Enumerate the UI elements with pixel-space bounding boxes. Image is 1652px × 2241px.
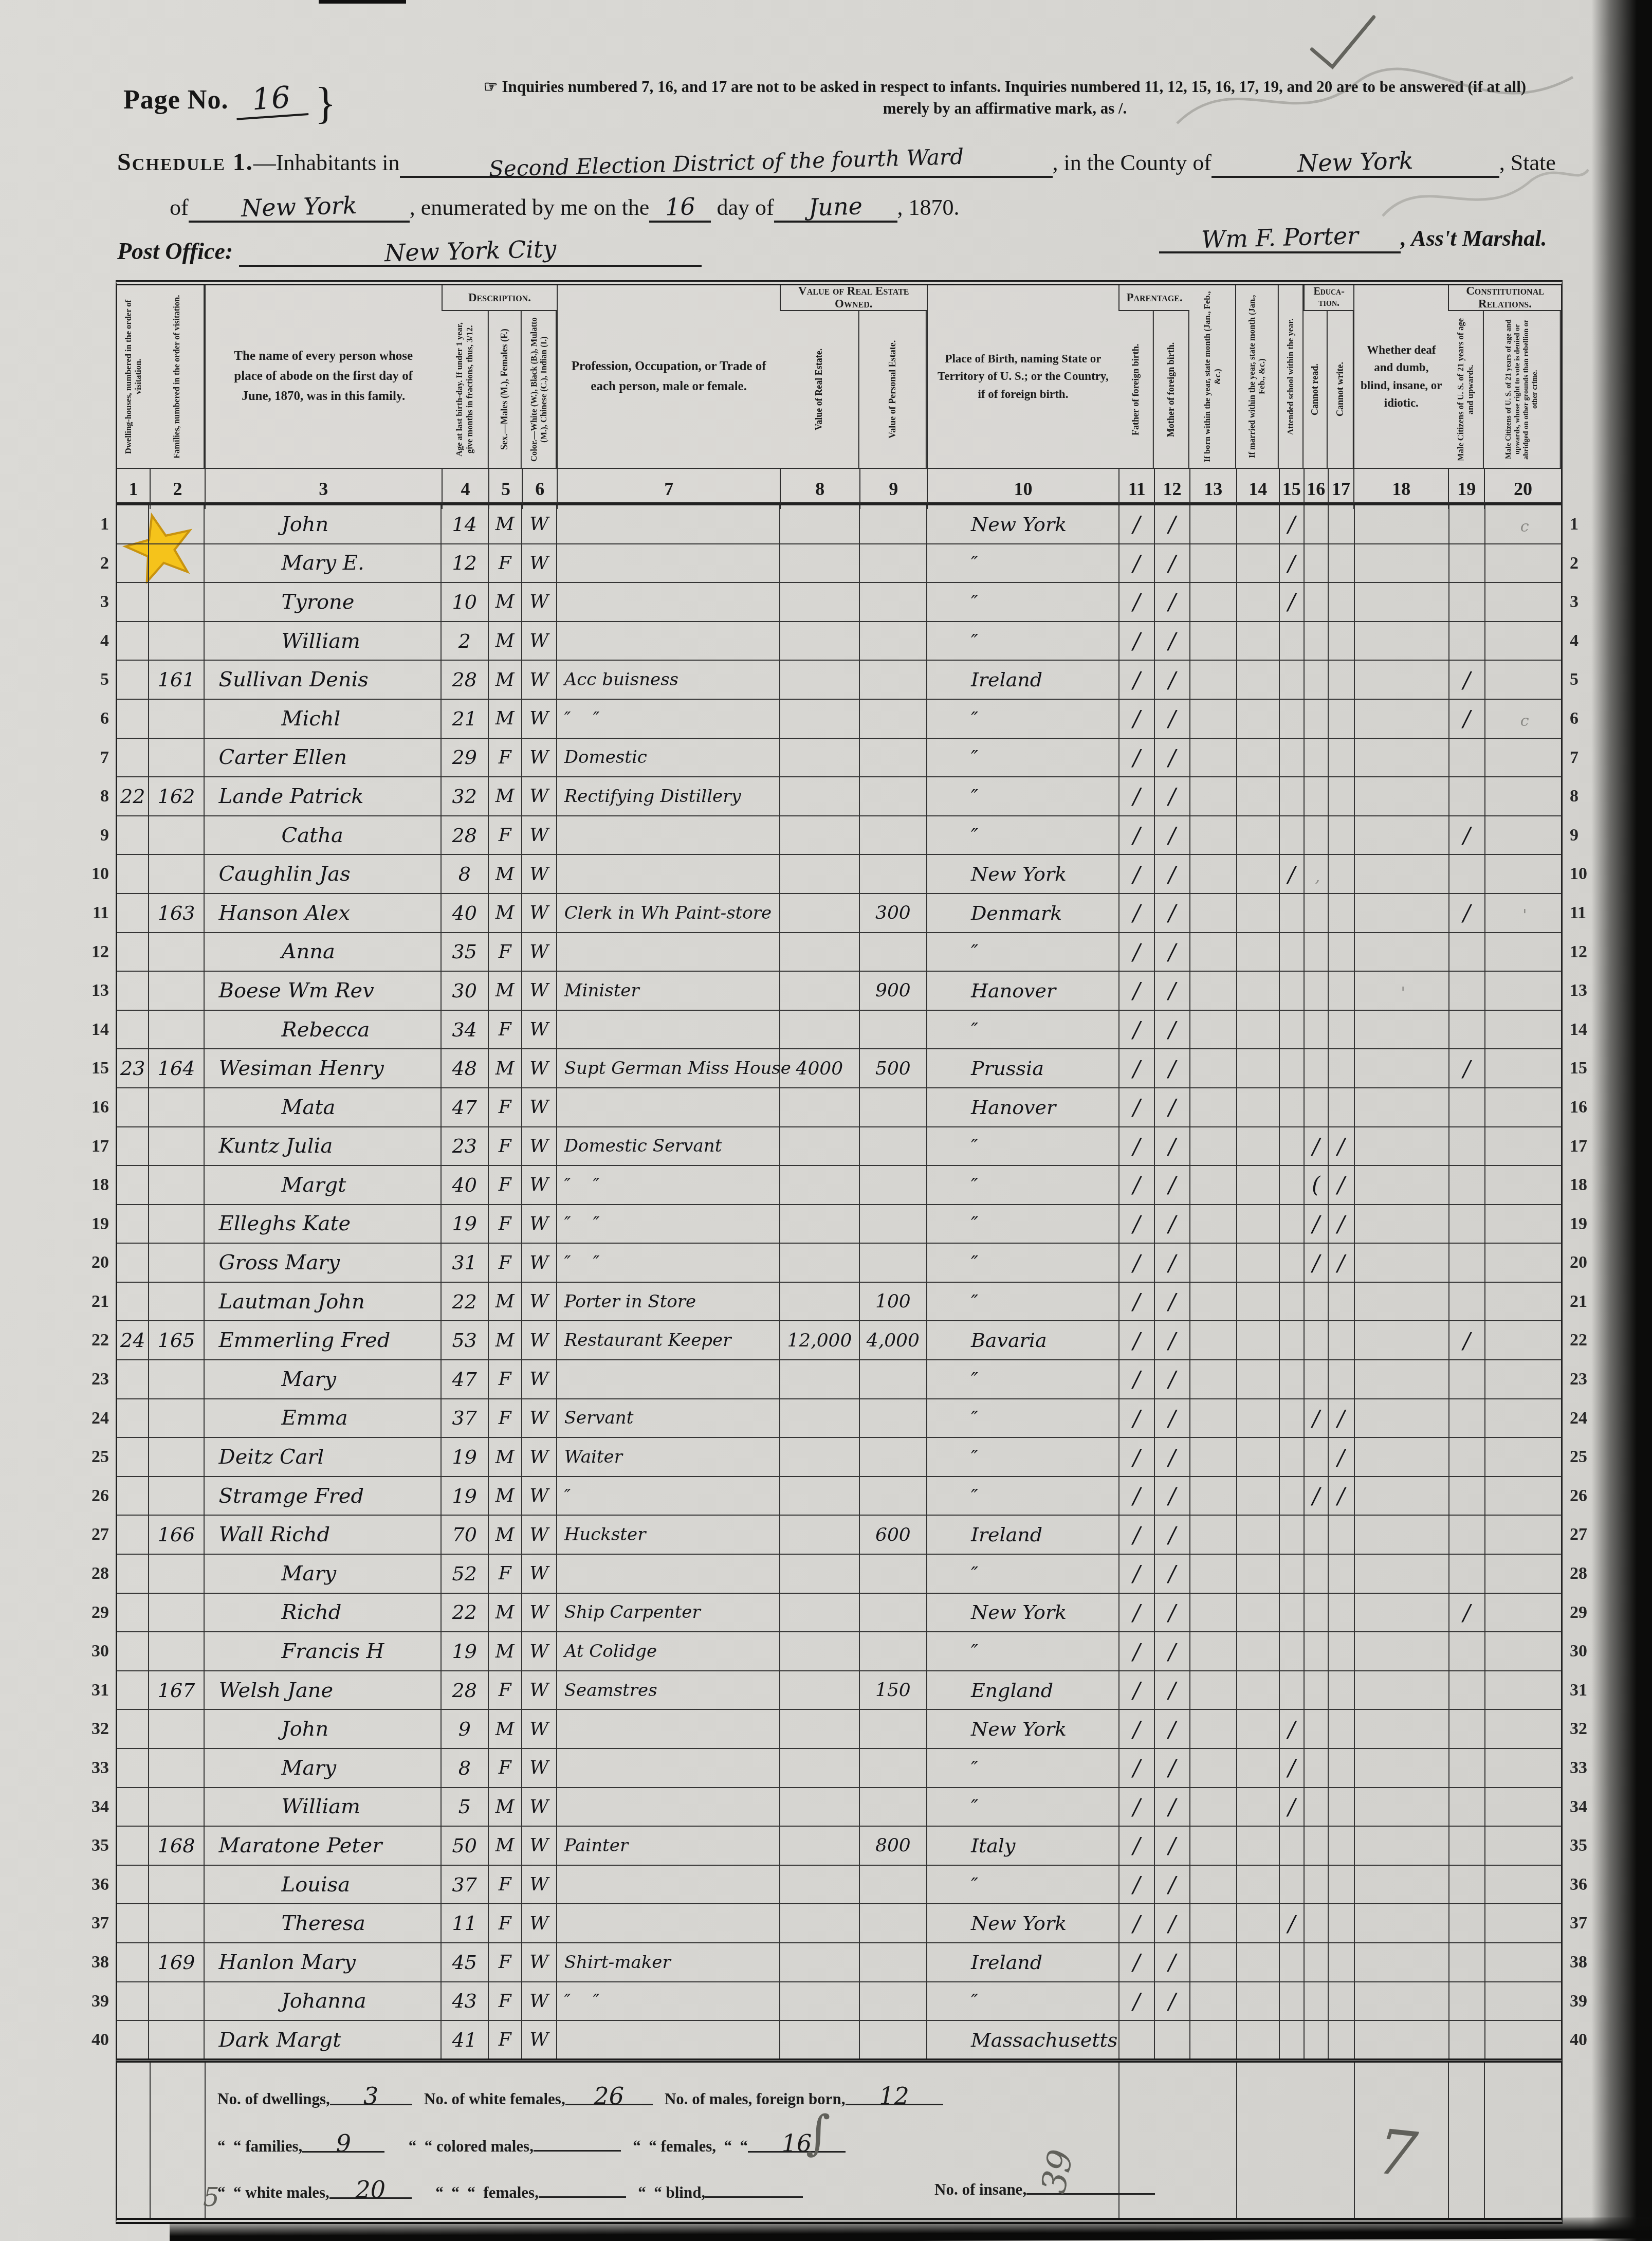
- row-number: 3: [61, 582, 109, 622]
- cell-age: 37: [441, 1865, 488, 1904]
- cell-pob: ″: [927, 1282, 1119, 1321]
- cell-c20: [1485, 971, 1562, 1010]
- cell-c18: [1354, 1282, 1449, 1321]
- cell-fam: [149, 1010, 204, 1049]
- stat-label: “ “ “ females,: [435, 2183, 539, 2202]
- cell-dw: [117, 1904, 149, 1943]
- cell-name: Welsh Jane: [204, 1671, 441, 1710]
- cell-c15: [1279, 933, 1304, 972]
- cell-c11: /: [1119, 1865, 1154, 1904]
- cell-dw: [117, 1205, 149, 1244]
- cell-age: 34: [441, 1010, 488, 1049]
- stat-value: 20: [356, 2176, 386, 2203]
- cell-pob: ″: [927, 699, 1119, 738]
- cell-fam: [149, 505, 204, 544]
- cell-c17: [1328, 622, 1354, 661]
- post-office-line: Post Office: New York City: [117, 238, 702, 267]
- cell-re: [780, 854, 859, 894]
- cell-c19: [1449, 544, 1485, 583]
- cell-dw: [117, 1127, 149, 1166]
- row-number: 8: [61, 777, 109, 816]
- cell-occ: [557, 582, 780, 622]
- cell-c12: /: [1154, 894, 1190, 933]
- cell-c11: /: [1119, 1515, 1154, 1554]
- cell-re: [780, 699, 859, 738]
- cell-c11: /: [1119, 1593, 1154, 1632]
- cell-age: 8: [441, 1748, 488, 1788]
- cell-c18: ': [1354, 971, 1449, 1010]
- cell-pe: [859, 699, 927, 738]
- cell-c19: /: [1449, 699, 1485, 738]
- cell-c16: [1304, 933, 1328, 972]
- col-num-5: 5: [488, 468, 522, 509]
- cell-c18: [1354, 699, 1449, 738]
- row-number: 7: [61, 738, 109, 777]
- person-row: Theresa11FWNew York///: [117, 1904, 1562, 1943]
- person-row: Rebecca34FW″//: [117, 1010, 1562, 1049]
- cell-dw: [117, 1399, 149, 1438]
- cell-c15: [1279, 1165, 1304, 1205]
- cell-c20: [1485, 738, 1562, 777]
- cell-c14: [1237, 894, 1279, 933]
- cell-c12: /: [1154, 1982, 1190, 2021]
- cell-c15: [1279, 816, 1304, 855]
- cell-c15: [1279, 1010, 1304, 1049]
- row-number: 35: [61, 1826, 109, 1865]
- cell-c12: /: [1154, 699, 1190, 738]
- cell-c14: [1237, 505, 1279, 544]
- cell-sex: F: [488, 1748, 522, 1788]
- cell-c16: [1304, 1826, 1328, 1865]
- cell-c15: [1279, 1127, 1304, 1166]
- cell-dw: [117, 1865, 149, 1904]
- cell-col: W: [522, 1554, 557, 1593]
- cell-c20: [1485, 1788, 1562, 1827]
- cell-c11: /: [1119, 738, 1154, 777]
- cell-c13: [1190, 933, 1237, 972]
- cell-age: 47: [441, 1360, 488, 1399]
- cell-c18: [1354, 1515, 1449, 1554]
- stray-mark: ': [1401, 984, 1405, 1002]
- cell-c12: /: [1154, 1165, 1190, 1205]
- cell-name: Anna: [204, 933, 441, 972]
- cell-col: W: [522, 1321, 557, 1360]
- cell-c16: [1304, 1788, 1328, 1827]
- cell-c18: [1354, 1360, 1449, 1399]
- cell-occ: ″ ″: [557, 1205, 780, 1244]
- cell-name: Emmerling Fred: [204, 1321, 441, 1360]
- cell-dw: [117, 1165, 149, 1205]
- person-row: 24165Emmerling Fred53MWRestaurant Keeper…: [117, 1321, 1562, 1360]
- post-office-value: New York City: [384, 239, 556, 264]
- cell-c14: [1237, 622, 1279, 661]
- cell-c19: [1449, 505, 1485, 544]
- cell-c13: [1190, 1477, 1237, 1516]
- person-row: 167Welsh Jane28FWSeamstres150England//: [117, 1671, 1562, 1710]
- cell-name: Sullivan Denis: [204, 660, 441, 699]
- cell-c19: [1449, 1010, 1485, 1049]
- cell-re: [780, 1943, 859, 1982]
- cell-c20: [1485, 1554, 1562, 1593]
- cell-occ: Porter in Store: [557, 1282, 780, 1321]
- cell-c17: /: [1328, 1243, 1354, 1282]
- totals-line-3: “ “ white males, 20 “ “ “ females, “ “ b…: [217, 2175, 803, 2202]
- cell-sex: F: [488, 1943, 522, 1982]
- cell-occ: [557, 1554, 780, 1593]
- cell-c14: [1237, 1748, 1279, 1788]
- cell-c12: /: [1154, 1515, 1190, 1554]
- cell-c11: /: [1119, 1788, 1154, 1827]
- cell-c13: [1190, 660, 1237, 699]
- row-number: 11: [61, 894, 109, 933]
- cell-c20: [1485, 1671, 1562, 1710]
- cell-fam: [149, 933, 204, 972]
- person-row: Stramge Fred19MW″″////: [117, 1477, 1562, 1516]
- cell-c15: /: [1279, 582, 1304, 622]
- cell-c11: /: [1119, 777, 1154, 816]
- cell-c14: [1237, 699, 1279, 738]
- cell-c13: [1190, 1865, 1237, 1904]
- person-row: Margt40FW″ ″″//(/: [117, 1165, 1562, 1205]
- person-row: Mary E.12FW″///: [117, 544, 1562, 583]
- cell-col: W: [522, 582, 557, 622]
- cell-c11: /: [1119, 505, 1154, 544]
- cell-c19: /: [1449, 1049, 1485, 1088]
- cell-pe: 4,000: [859, 1321, 927, 1360]
- cell-c11: /: [1119, 971, 1154, 1010]
- cell-fam: 168: [149, 1826, 204, 1865]
- district-value: Second Election District of the fourth W…: [488, 147, 964, 179]
- cell-c19: [1449, 1554, 1485, 1593]
- cell-c12: /: [1154, 622, 1190, 661]
- cell-c15: [1279, 622, 1304, 661]
- cell-col: W: [522, 816, 557, 855]
- stat-label: “ “ females, “ “: [633, 2137, 748, 2156]
- cell-dw: [117, 1943, 149, 1982]
- cell-c19: [1449, 1515, 1485, 1554]
- cell-c18: [1354, 1904, 1449, 1943]
- cell-c20: c: [1485, 699, 1562, 738]
- cell-c13: [1190, 1826, 1237, 1865]
- cell-re: [780, 738, 859, 777]
- cell-c17: /: [1328, 1437, 1354, 1477]
- cell-occ: Restaurant Keeper: [557, 1321, 780, 1360]
- cell-name: Mary: [204, 1748, 441, 1788]
- cell-c14: [1237, 1826, 1279, 1865]
- cell-c20: [1485, 1826, 1562, 1865]
- cell-re: [780, 1360, 859, 1399]
- cell-c17: [1328, 1943, 1354, 1982]
- cell-c13: [1190, 1554, 1237, 1593]
- cell-col: W: [522, 1593, 557, 1632]
- cell-sex: M: [488, 582, 522, 622]
- cell-c16: /: [1304, 1243, 1328, 1282]
- cell-age: 21: [441, 699, 488, 738]
- cell-dw: [117, 971, 149, 1010]
- person-row: Louisa37FW″//: [117, 1865, 1562, 1904]
- cell-pob: ″: [927, 1010, 1119, 1049]
- cell-fam: [149, 1088, 204, 1127]
- cell-c14: [1237, 1205, 1279, 1244]
- cell-occ: [557, 505, 780, 544]
- cell-pob: Bavaria: [927, 1321, 1119, 1360]
- cell-c15: [1279, 971, 1304, 1010]
- cell-c18: [1354, 1632, 1449, 1671]
- cell-pe: [859, 1437, 927, 1477]
- cell-c14: [1237, 971, 1279, 1010]
- cell-c13: [1190, 1205, 1237, 1244]
- cell-c19: /: [1449, 816, 1485, 855]
- cell-c12: /: [1154, 816, 1190, 855]
- cell-c17: [1328, 777, 1354, 816]
- cell-col: W: [522, 1515, 557, 1554]
- month-value: June: [809, 196, 863, 218]
- cell-c18: [1354, 894, 1449, 933]
- group-value-owned: Value of Real Estate Owned.: [780, 285, 927, 311]
- cell-sex: F: [488, 1127, 522, 1166]
- row-number: 39: [61, 1982, 109, 2021]
- cell-c13: [1190, 1437, 1237, 1477]
- col-header-16: Cannot read.: [1304, 311, 1328, 468]
- schedule-label: Schedule 1.: [117, 148, 253, 176]
- cell-re: 12,000: [780, 1321, 859, 1360]
- cell-c15: [1279, 1632, 1304, 1671]
- cell-pe: [859, 1904, 927, 1943]
- cell-fam: [149, 1632, 204, 1671]
- cell-dw: [117, 1788, 149, 1827]
- cell-occ: [557, 2020, 780, 2060]
- row-number: 18: [61, 1165, 109, 1205]
- pointer-hand-icon: ☞: [484, 78, 498, 96]
- stat-label: “ “ families,: [217, 2137, 302, 2156]
- insane-label: No. of insane,: [934, 2180, 1026, 2199]
- row-number: 30: [61, 1632, 109, 1671]
- cell-sex: F: [488, 738, 522, 777]
- cell-pob: ″: [927, 544, 1119, 583]
- cell-pob: ″: [927, 777, 1119, 816]
- cell-c16: [1304, 1709, 1328, 1748]
- stat-label: “ “ blind,: [638, 2183, 705, 2202]
- cell-c12: /: [1154, 1554, 1190, 1593]
- cell-dw: [117, 1554, 149, 1593]
- cell-dw: [117, 1593, 149, 1632]
- cell-re: [780, 1748, 859, 1788]
- cell-c16: [1304, 1437, 1328, 1477]
- cell-name: Stramge Fred: [204, 1477, 441, 1516]
- cell-occ: Clerk in Wh Paint-store: [557, 894, 780, 933]
- cell-c19: [1449, 1709, 1485, 1748]
- cell-age: 37: [441, 1399, 488, 1438]
- cell-c13: [1190, 1360, 1237, 1399]
- cell-sex: M: [488, 1049, 522, 1088]
- cell-name: Dark Margt: [204, 2020, 441, 2060]
- cell-dw: [117, 660, 149, 699]
- cell-c20: [1485, 1709, 1562, 1748]
- census-page: Page No. 16 } ☞ Inquiries numbered 7, 16…: [0, 0, 1652, 2241]
- cell-age: 28: [441, 816, 488, 855]
- cell-c13: [1190, 1788, 1237, 1827]
- cell-re: [780, 582, 859, 622]
- person-row: Mary52FW″//: [117, 1554, 1562, 1593]
- cell-dw: [117, 933, 149, 972]
- cell-c11: /: [1119, 1554, 1154, 1593]
- cell-c12: [1154, 2020, 1190, 2060]
- cell-pob: ″: [927, 1243, 1119, 1282]
- cell-c20: ': [1485, 894, 1562, 933]
- row-number: 24: [61, 1399, 109, 1438]
- cell-c14: [1237, 933, 1279, 972]
- col-header-7: Profession, Occupation, or Trade of each…: [557, 285, 780, 468]
- cell-c18: [1354, 1826, 1449, 1865]
- cell-c12: /: [1154, 660, 1190, 699]
- cell-c19: [1449, 1127, 1485, 1166]
- cell-pob: ″: [927, 622, 1119, 661]
- cell-c20: [1485, 1205, 1562, 1244]
- cell-col: W: [522, 2020, 557, 2060]
- cell-fam: 166: [149, 1515, 204, 1554]
- cell-c19: [1449, 1904, 1485, 1943]
- cell-c18: [1354, 1593, 1449, 1632]
- stat-value: 12: [879, 2082, 909, 2110]
- cell-re: [780, 1243, 859, 1282]
- cell-age: 12: [441, 544, 488, 583]
- cell-re: [780, 1282, 859, 1321]
- col-num-9: 9: [859, 468, 927, 509]
- pencil-scribble: [1378, 154, 1593, 236]
- cell-dw: [117, 1632, 149, 1671]
- cell-occ: [557, 816, 780, 855]
- cell-col: W: [522, 854, 557, 894]
- cell-c11: /: [1119, 1243, 1154, 1282]
- cell-re: [780, 1127, 859, 1166]
- schedule-title-line: Schedule 1. —Inhabitants in Second Elect…: [117, 148, 1556, 178]
- cell-c17: /: [1328, 1399, 1354, 1438]
- row-number: 2: [61, 544, 109, 583]
- cell-sex: F: [488, 933, 522, 972]
- cell-c13: [1190, 1748, 1237, 1788]
- cell-age: 35: [441, 933, 488, 972]
- cell-age: 41: [441, 2020, 488, 2060]
- cell-fam: [149, 1477, 204, 1516]
- cell-c14: [1237, 1127, 1279, 1166]
- cell-c12: /: [1154, 933, 1190, 972]
- person-row: Boese Wm Rev30MWMinister900Hanover//': [117, 971, 1562, 1010]
- col-header-1: Dwelling-houses, numbered in the order o…: [117, 285, 150, 468]
- page-no-value: 16: [234, 78, 309, 120]
- cell-re: [780, 660, 859, 699]
- cell-pe: [859, 1982, 927, 2021]
- col-num-8: 8: [780, 468, 859, 509]
- cell-c19: [1449, 1477, 1485, 1516]
- cell-re: [780, 1632, 859, 1671]
- cell-age: 28: [441, 660, 488, 699]
- col-num-20: 20: [1484, 468, 1561, 509]
- cell-c13: [1190, 544, 1237, 583]
- cell-c17: [1328, 1904, 1354, 1943]
- cell-pob: ″: [927, 816, 1119, 855]
- cell-c12: /: [1154, 1243, 1190, 1282]
- cell-name: Lautman John: [204, 1282, 441, 1321]
- stat-label: No. of white females,: [424, 2090, 565, 2108]
- pencil-stroke: ∫: [806, 2105, 831, 2160]
- cell-c12: /: [1154, 1826, 1190, 1865]
- cell-c17: [1328, 1632, 1354, 1671]
- cell-c12: /: [1154, 1205, 1190, 1244]
- cell-col: W: [522, 738, 557, 777]
- cell-c15: [1279, 1554, 1304, 1593]
- cell-dw: 24: [117, 1321, 149, 1360]
- cell-age: 32: [441, 777, 488, 816]
- col-header-2: Families, numbered in the order of visit…: [150, 285, 205, 468]
- cell-pob: ″: [927, 1554, 1119, 1593]
- cell-col: W: [522, 1360, 557, 1399]
- row-number: 28: [61, 1554, 109, 1593]
- cell-c19: [1449, 1165, 1485, 1205]
- cell-c16: [1304, 1282, 1328, 1321]
- cell-pob: New York: [927, 1593, 1119, 1632]
- cell-age: 8: [441, 854, 488, 894]
- cell-occ: Domestic Servant: [557, 1127, 780, 1166]
- cell-pe: 800: [859, 1826, 927, 1865]
- cell-fam: [149, 816, 204, 855]
- cell-dw: [117, 1826, 149, 1865]
- cell-c15: [1279, 777, 1304, 816]
- cell-re: [780, 1010, 859, 1049]
- cell-age: 10: [441, 582, 488, 622]
- cell-pob: ″: [927, 1360, 1119, 1399]
- cell-c18: [1354, 854, 1449, 894]
- cell-name: Hanson Alex: [204, 894, 441, 933]
- row-number: 33: [61, 1748, 109, 1788]
- row-number: 20: [61, 1243, 109, 1282]
- cell-c18: [1354, 1205, 1449, 1244]
- left-row-numbers: 1234567891011121314151617181920212223242…: [61, 505, 111, 2060]
- cell-c17: /: [1328, 1477, 1354, 1516]
- cell-sex: M: [488, 1632, 522, 1671]
- col-header-5: Sex.—Males (M.), Females (F.): [488, 311, 522, 468]
- cell-pe: [859, 1709, 927, 1748]
- cell-c14: [1237, 1360, 1279, 1399]
- cell-c18: [1354, 1437, 1449, 1477]
- cell-c20: [1485, 1437, 1562, 1477]
- cell-name: Lande Patrick: [204, 777, 441, 816]
- brace: }: [315, 78, 336, 127]
- cell-occ: ″ ″: [557, 1165, 780, 1205]
- cell-c12: /: [1154, 1788, 1190, 1827]
- cell-c16: [1304, 1360, 1328, 1399]
- cell-fam: [149, 1399, 204, 1438]
- cell-c20: [1485, 1748, 1562, 1788]
- cell-c20: [1485, 1399, 1562, 1438]
- cell-c15: [1279, 1865, 1304, 1904]
- row-number: 9: [61, 816, 109, 855]
- cell-c19: [1449, 1360, 1485, 1399]
- cell-occ: ″ ″: [557, 1243, 780, 1282]
- cell-age: 40: [441, 1165, 488, 1205]
- cell-c11: /: [1119, 1360, 1154, 1399]
- cell-c18: [1354, 660, 1449, 699]
- cell-c16: [1304, 505, 1328, 544]
- totals-footer: No. of dwellings, 3 No. of white females…: [116, 2058, 1563, 2224]
- cell-c13: [1190, 971, 1237, 1010]
- cell-c15: [1279, 738, 1304, 777]
- cell-re: [780, 894, 859, 933]
- of-label: of: [170, 194, 189, 221]
- cell-c11: /: [1119, 1399, 1154, 1438]
- cell-c15: [1279, 2020, 1304, 2060]
- cell-pe: [859, 854, 927, 894]
- cell-c11: /: [1119, 660, 1154, 699]
